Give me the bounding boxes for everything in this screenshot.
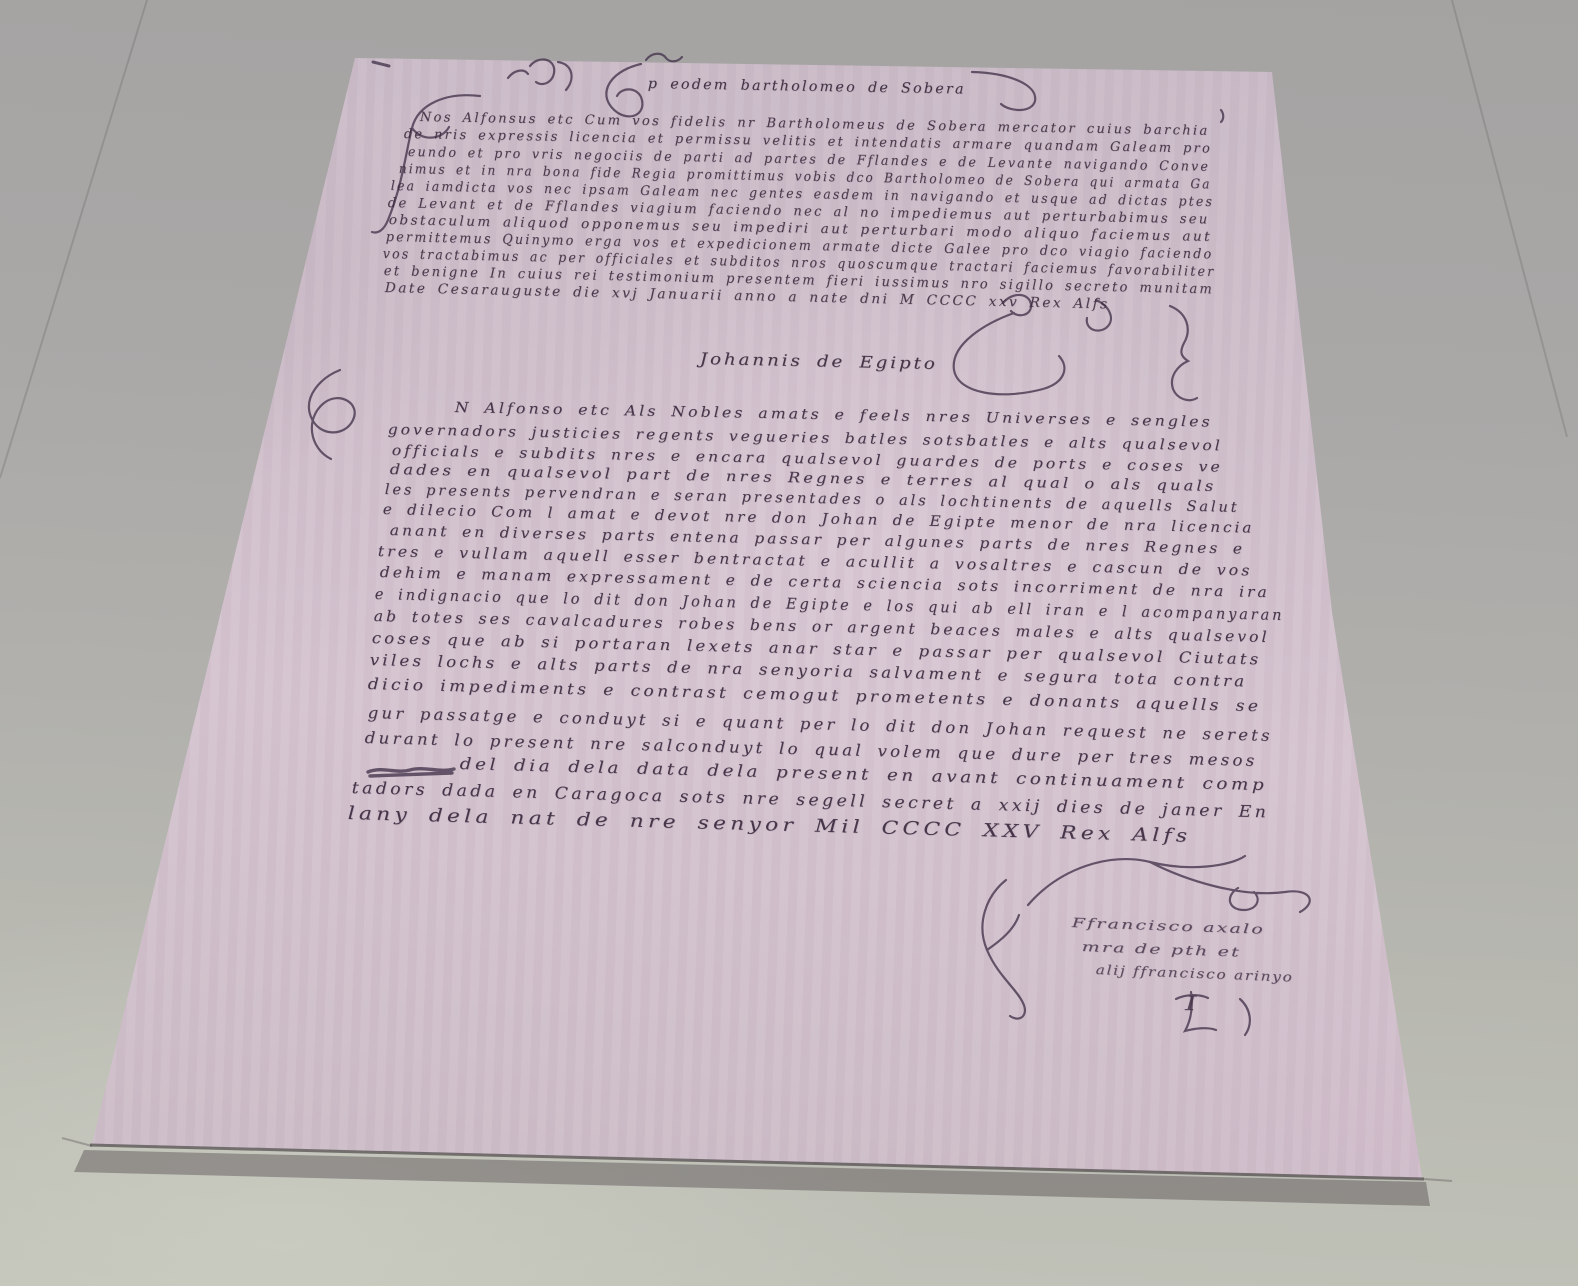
rubric-catalan: Johannis de Egipto: [700, 351, 938, 372]
manuscript-text-layer: p eodem bartholomeo de SoberaNos Alfonsu…: [0, 0, 1578, 1286]
chancery-note-line: Ffrancisco axalo: [1072, 917, 1266, 937]
chancery-note-line: I: [1185, 993, 1200, 1013]
chancery-note-line: alij ffrancisco arinyo: [1096, 964, 1294, 985]
chancery-note-line: mra de pth et: [1082, 941, 1242, 960]
photo-scene: p eodem bartholomeo de SoberaNos Alfonsu…: [0, 0, 1578, 1286]
rubric-latin: p eodem bartholomeo de Sobera: [648, 77, 966, 97]
